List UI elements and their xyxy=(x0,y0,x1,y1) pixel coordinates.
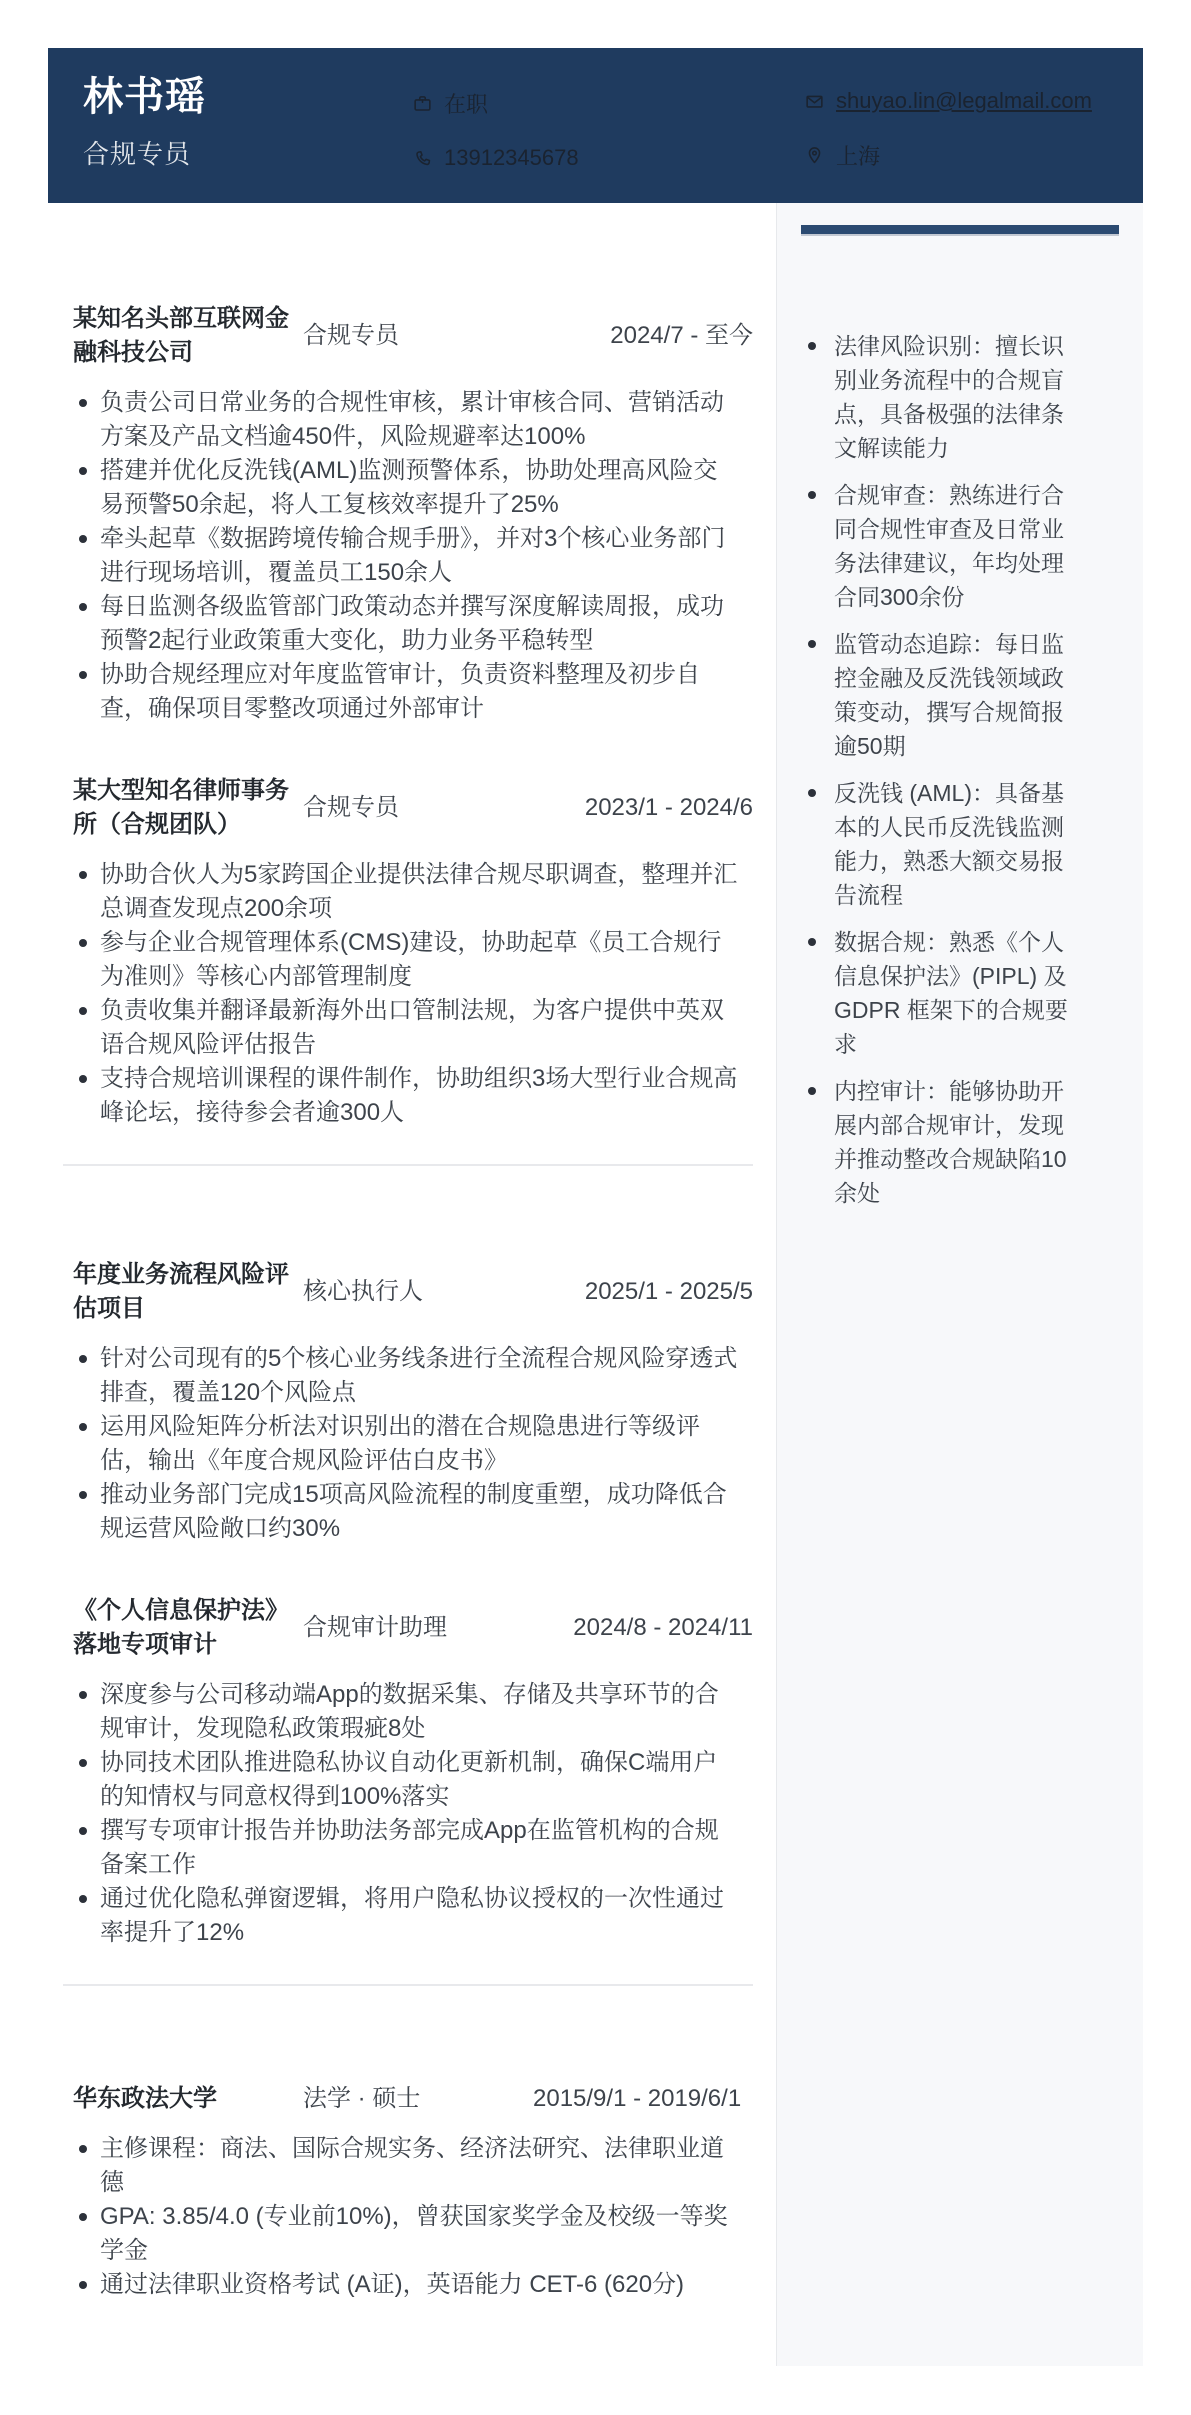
contact-column-left: 在职 13912345678 xyxy=(412,88,579,171)
bullet-item: 运用风险矩阵分析法对识别出的潜在合规隐患进行等级评估，输出《年度合规风险评估白皮… xyxy=(73,1410,753,1478)
bullet-text: 针对公司现有的5个核心业务线条进行全流程合规风险穿透式排查，覆盖120个风险点 xyxy=(100,1345,737,1406)
role-label: 合规专员 xyxy=(303,791,533,825)
employment-status-text: 在职 xyxy=(444,88,488,119)
bullet-text: GPA: 3.85/4.0 (专业前10%)，曾获国家奖学金及校级一等奖学金 xyxy=(100,2203,728,2264)
skill-item: 合规审查：熟练进行合同合规性审查及日常业务法律建议，年均处理合同300余份 xyxy=(801,478,1083,614)
bullet-item: 负责收集并翻译最新海外出口管制法规，为客户提供中英双语合规风险评估报告 xyxy=(73,994,753,1062)
identity-block: 林书瑶 合规专员 xyxy=(83,72,206,171)
bullet-dot xyxy=(79,2145,87,2153)
bullet-text: 参与企业合规管理体系(CMS)建设，协助起草《员工合规行为准则》等核心内部管理制… xyxy=(100,929,721,990)
bullet-list: 协助合伙人为5家跨国企业提供法律合规尽职调查，整理并汇总调查发现点200余项参与… xyxy=(73,858,753,1130)
bullet-text: 主修课程：商法、国际合规实务、经济法研究、法律职业道德 xyxy=(100,2135,724,2196)
bullet-dot xyxy=(79,399,87,407)
employment-status-row: 在职 xyxy=(412,88,579,119)
briefcase-icon xyxy=(412,93,433,114)
email-link[interactable]: shuyao.lin@legalmail.com xyxy=(836,88,1092,114)
bullet-item: 支持合规培训课程的课件制作，协助组织3场大型行业合规高峰论坛，接待参会者逾300… xyxy=(73,1062,753,1130)
bullet-dot xyxy=(79,671,87,679)
bullet-item: 主修课程：商法、国际合规实务、经济法研究、法律职业道德 xyxy=(73,2132,753,2200)
bullet-item: 推动业务部门完成15项高风险流程的制度重塑，成功降低合规运营风险敞口约30% xyxy=(73,1478,753,1546)
bullet-item: 协助合伙人为5家跨国企业提供法律合规尽职调查，整理并汇总调查发现点200余项 xyxy=(73,858,753,926)
skill-item: 数据合规：熟悉《个人信息保护法》(PIPL) 及 GDPR 框架下的合规要求 xyxy=(801,925,1083,1061)
skill-item: 反洗钱 (AML)：具备基本的人民币反洗钱监测能力，熟悉大额交易报告流程 xyxy=(801,776,1083,912)
bullet-dot xyxy=(808,491,816,499)
bullet-dot xyxy=(79,1355,87,1363)
bullet-dot xyxy=(808,789,816,797)
date-range: 2025/1 - 2025/5 xyxy=(533,1275,753,1309)
bullet-item: 针对公司现有的5个核心业务线条进行全流程合规风险穿透式排查，覆盖120个风险点 xyxy=(73,1342,753,1410)
bullet-text: 撰写专项审计报告并协助法务部完成App在监管机构的合规备案工作 xyxy=(100,1817,719,1878)
bullet-dot xyxy=(79,1691,87,1699)
organization-name: 《个人信息保护法》落地专项审计 xyxy=(73,1594,290,1662)
bullet-text: 运用风险矩阵分析法对识别出的潜在合规隐患进行等级评估，输出《年度合规风险评估白皮… xyxy=(100,1413,700,1474)
bullet-dot xyxy=(808,342,816,350)
bullet-item: 通过法律职业资格考试 (A证)，英语能力 CET-6 (620分) xyxy=(73,2268,753,2302)
phone-text: 13912345678 xyxy=(444,145,579,171)
bullet-dot xyxy=(79,535,87,543)
bullet-item: 协助合规经理应对年度监管审计，负责资料整理及初步自查，确保项目零整改项通过外部审… xyxy=(73,658,753,726)
role-label: 核心执行人 xyxy=(303,1275,533,1309)
bullet-text: 深度参与公司移动端App的数据采集、存储及共享环节的合规审计，发现隐私政策瑕疵8… xyxy=(100,1681,719,1742)
organization-name: 年度业务流程风险评估项目 xyxy=(73,1258,290,1326)
bullet-dot xyxy=(79,2213,87,2221)
section-divider xyxy=(63,1984,753,1986)
skills-list: 法律风险识别：擅长识别业务流程中的合规盲点，具备极强的法律条文解读能力合规审查：… xyxy=(801,329,1119,1210)
skill-text: 内控审计：能够协助开展内部合规审计，发现并推动整改合规缺陷10余处 xyxy=(834,1078,1067,1206)
bullet-item: 负责公司日常业务的合规性审核，累计审核合同、营销活动方案及产品文档逾450件，风… xyxy=(73,386,753,454)
bullet-item: GPA: 3.85/4.0 (专业前10%)，曾获国家奖学金及校级一等奖学金 xyxy=(73,2200,753,2268)
location-row: 上海 xyxy=(804,140,1092,171)
entry-header: 《个人信息保护法》落地专项审计合规审计助理2024/8 - 2024/11 xyxy=(73,1594,753,1662)
person-name: 林书瑶 xyxy=(83,72,206,122)
date-range: 2023/1 - 2024/6 xyxy=(533,791,753,825)
organization-name: 华东政法大学 xyxy=(73,2082,290,2116)
skill-text: 监管动态追踪：每日监控金融及反洗钱领域政策变动，撰写合规简报逾50期 xyxy=(834,631,1064,759)
bullet-dot xyxy=(79,603,87,611)
bullet-item: 牵头起草《数据跨境传输合规手册》，并对3个核心业务部门进行现场培训，覆盖员工15… xyxy=(73,522,753,590)
skills-sidebar: 法律风险识别：擅长识别业务流程中的合规盲点，具备极强的法律条文解读能力合规审查：… xyxy=(776,203,1143,2366)
experience-section: 某知名头部互联网金融科技公司合规专员2024/7 - 至今负责公司日常业务的合规… xyxy=(73,302,753,1130)
projects-section: 年度业务流程风险评估项目核心执行人2025/1 - 2025/5针对公司现有的5… xyxy=(73,1258,753,1950)
bullet-dot xyxy=(79,1827,87,1835)
bullet-dot xyxy=(79,1491,87,1499)
bullet-list: 深度参与公司移动端App的数据采集、存储及共享环节的合规审计，发现隐私政策瑕疵8… xyxy=(73,1678,753,1950)
entry-header: 某知名头部互联网金融科技公司合规专员2024/7 - 至今 xyxy=(73,302,753,370)
bullet-dot xyxy=(79,1007,87,1015)
bullet-list: 负责公司日常业务的合规性审核，累计审核合同、营销活动方案及产品文档逾450件，风… xyxy=(73,386,753,726)
bullet-text: 负责公司日常业务的合规性审核，累计审核合同、营销活动方案及产品文档逾450件，风… xyxy=(100,389,724,450)
phone-icon xyxy=(412,148,433,169)
bullet-dot xyxy=(79,1759,87,1767)
skill-text: 法律风险识别：擅长识别业务流程中的合规盲点，具备极强的法律条文解读能力 xyxy=(834,333,1064,461)
project-entry: 《个人信息保护法》落地专项审计合规审计助理2024/8 - 2024/11深度参… xyxy=(73,1594,753,1950)
role-label: 法学 · 硕士 xyxy=(303,2082,533,2116)
person-title: 合规专员 xyxy=(83,134,206,171)
bullet-dot xyxy=(808,640,816,648)
role-label: 合规审计助理 xyxy=(303,1611,533,1645)
location-text: 上海 xyxy=(836,140,880,171)
experience-entry: 某知名头部互联网金融科技公司合规专员2024/7 - 至今负责公司日常业务的合规… xyxy=(73,302,753,726)
bullet-list: 主修课程：商法、国际合规实务、经济法研究、法律职业道德GPA: 3.85/4.0… xyxy=(73,2132,753,2302)
bullet-dot xyxy=(808,1087,816,1095)
skill-item: 内控审计：能够协助开展内部合规审计，发现并推动整改合规缺陷10余处 xyxy=(801,1074,1083,1210)
phone-row: 13912345678 xyxy=(412,145,579,171)
role-label: 合规专员 xyxy=(303,319,533,353)
bullet-text: 通过优化隐私弹窗逻辑，将用户隐私协议授权的一次性通过率提升了12% xyxy=(100,1885,724,1946)
date-range: 2024/8 - 2024/11 xyxy=(533,1611,753,1645)
bullet-list: 针对公司现有的5个核心业务线条进行全流程合规风险穿透式排查，覆盖120个风险点运… xyxy=(73,1342,753,1546)
bullet-text: 协同技术团队推进隐私协议自动化更新机制，确保C端用户的知情权与同意权得到100%… xyxy=(100,1749,717,1810)
entry-header: 年度业务流程风险评估项目核心执行人2025/1 - 2025/5 xyxy=(73,1258,753,1326)
bullet-dot xyxy=(79,1423,87,1431)
bullet-item: 每日监测各级监管部门政策动态并撰写深度解读周报，成功预警2起行业政策重大变化，助… xyxy=(73,590,753,658)
resume-header: 林书瑶 合规专员 在职 13912345678 xyxy=(48,48,1143,203)
resume-page: 林书瑶 合规专员 在职 13912345678 xyxy=(0,0,1191,2415)
date-range: 2024/7 - 至今 xyxy=(533,319,753,353)
skill-text: 合规审查：熟练进行合同合规性审查及日常业务法律建议，年均处理合同300余份 xyxy=(834,482,1064,610)
location-pin-icon xyxy=(804,145,825,166)
bullet-item: 撰写专项审计报告并协助法务部完成App在监管机构的合规备案工作 xyxy=(73,1814,753,1882)
skill-text: 数据合规：熟悉《个人信息保护法》(PIPL) 及 GDPR 框架下的合规要求 xyxy=(834,929,1068,1057)
bullet-item: 协同技术团队推进隐私协议自动化更新机制，确保C端用户的知情权与同意权得到100%… xyxy=(73,1746,753,1814)
date-range: 2015/9/1 - 2019/6/1 xyxy=(533,2082,753,2116)
bullet-item: 深度参与公司移动端App的数据采集、存储及共享环节的合规审计，发现隐私政策瑕疵8… xyxy=(73,1678,753,1746)
section-divider xyxy=(63,1164,753,1166)
email-row: shuyao.lin@legalmail.com xyxy=(804,88,1092,114)
bullet-dot xyxy=(808,938,816,946)
main-column: 某知名头部互联网金融科技公司合规专员2024/7 - 至今负责公司日常业务的合规… xyxy=(48,203,753,2302)
sidebar-accent-bar xyxy=(801,225,1119,234)
bullet-text: 每日监测各级监管部门政策动态并撰写深度解读周报，成功预警2起行业政策重大变化，助… xyxy=(100,593,724,654)
mail-icon xyxy=(804,91,825,112)
entry-header: 华东政法大学法学 · 硕士2015/9/1 - 2019/6/1 xyxy=(73,2082,753,2116)
bullet-dot xyxy=(79,871,87,879)
bullet-text: 搭建并优化反洗钱(AML)监测预警体系，协助处理高风险交易预警50余起，将人工复… xyxy=(100,457,717,518)
bullet-dot xyxy=(79,2281,87,2289)
bullet-text: 推动业务部门完成15项高风险流程的制度重塑，成功降低合规运营风险敞口约30% xyxy=(100,1481,727,1542)
contact-column-right: shuyao.lin@legalmail.com 上海 xyxy=(804,88,1092,171)
entry-header: 某大型知名律师事务所（合规团队）合规专员2023/1 - 2024/6 xyxy=(73,774,753,842)
bullet-text: 协助合规经理应对年度监管审计，负责资料整理及初步自查，确保项目零整改项通过外部审… xyxy=(100,661,700,722)
bullet-dot xyxy=(79,1075,87,1083)
bullet-dot xyxy=(79,467,87,475)
bullet-text: 协助合伙人为5家跨国企业提供法律合规尽职调查，整理并汇总调查发现点200余项 xyxy=(100,861,737,922)
bullet-dot xyxy=(79,939,87,947)
bullet-item: 搭建并优化反洗钱(AML)监测预警体系，协助处理高风险交易预警50余起，将人工复… xyxy=(73,454,753,522)
bullet-dot xyxy=(79,1895,87,1903)
experience-entry: 某大型知名律师事务所（合规团队）合规专员2023/1 - 2024/6协助合伙人… xyxy=(73,774,753,1130)
bullet-text: 牵头起草《数据跨境传输合规手册》，并对3个核心业务部门进行现场培训，覆盖员工15… xyxy=(100,525,725,586)
skill-text: 反洗钱 (AML)：具备基本的人民币反洗钱监测能力，熟悉大额交易报告流程 xyxy=(834,780,1064,908)
bullet-text: 支持合规培训课程的课件制作，协助组织3场大型行业合规高峰论坛，接待参会者逾300… xyxy=(100,1065,737,1126)
bullet-text: 通过法律职业资格考试 (A证)，英语能力 CET-6 (620分) xyxy=(100,2271,684,2298)
project-entry: 年度业务流程风险评估项目核心执行人2025/1 - 2025/5针对公司现有的5… xyxy=(73,1258,753,1546)
bullet-text: 负责收集并翻译最新海外出口管制法规，为客户提供中英双语合规风险评估报告 xyxy=(100,997,724,1058)
education-section: 华东政法大学法学 · 硕士2015/9/1 - 2019/6/1主修课程：商法、… xyxy=(73,2082,753,2302)
bullet-item: 参与企业合规管理体系(CMS)建设，协助起草《员工合规行为准则》等核心内部管理制… xyxy=(73,926,753,994)
organization-name: 某知名头部互联网金融科技公司 xyxy=(73,302,290,370)
organization-name: 某大型知名律师事务所（合规团队） xyxy=(73,774,290,842)
skill-item: 监管动态追踪：每日监控金融及反洗钱领域政策变动，撰写合规简报逾50期 xyxy=(801,627,1083,763)
education-entry: 华东政法大学法学 · 硕士2015/9/1 - 2019/6/1主修课程：商法、… xyxy=(73,2082,753,2302)
skill-item: 法律风险识别：擅长识别业务流程中的合规盲点，具备极强的法律条文解读能力 xyxy=(801,329,1083,465)
bullet-item: 通过优化隐私弹窗逻辑，将用户隐私协议授权的一次性通过率提升了12% xyxy=(73,1882,753,1950)
